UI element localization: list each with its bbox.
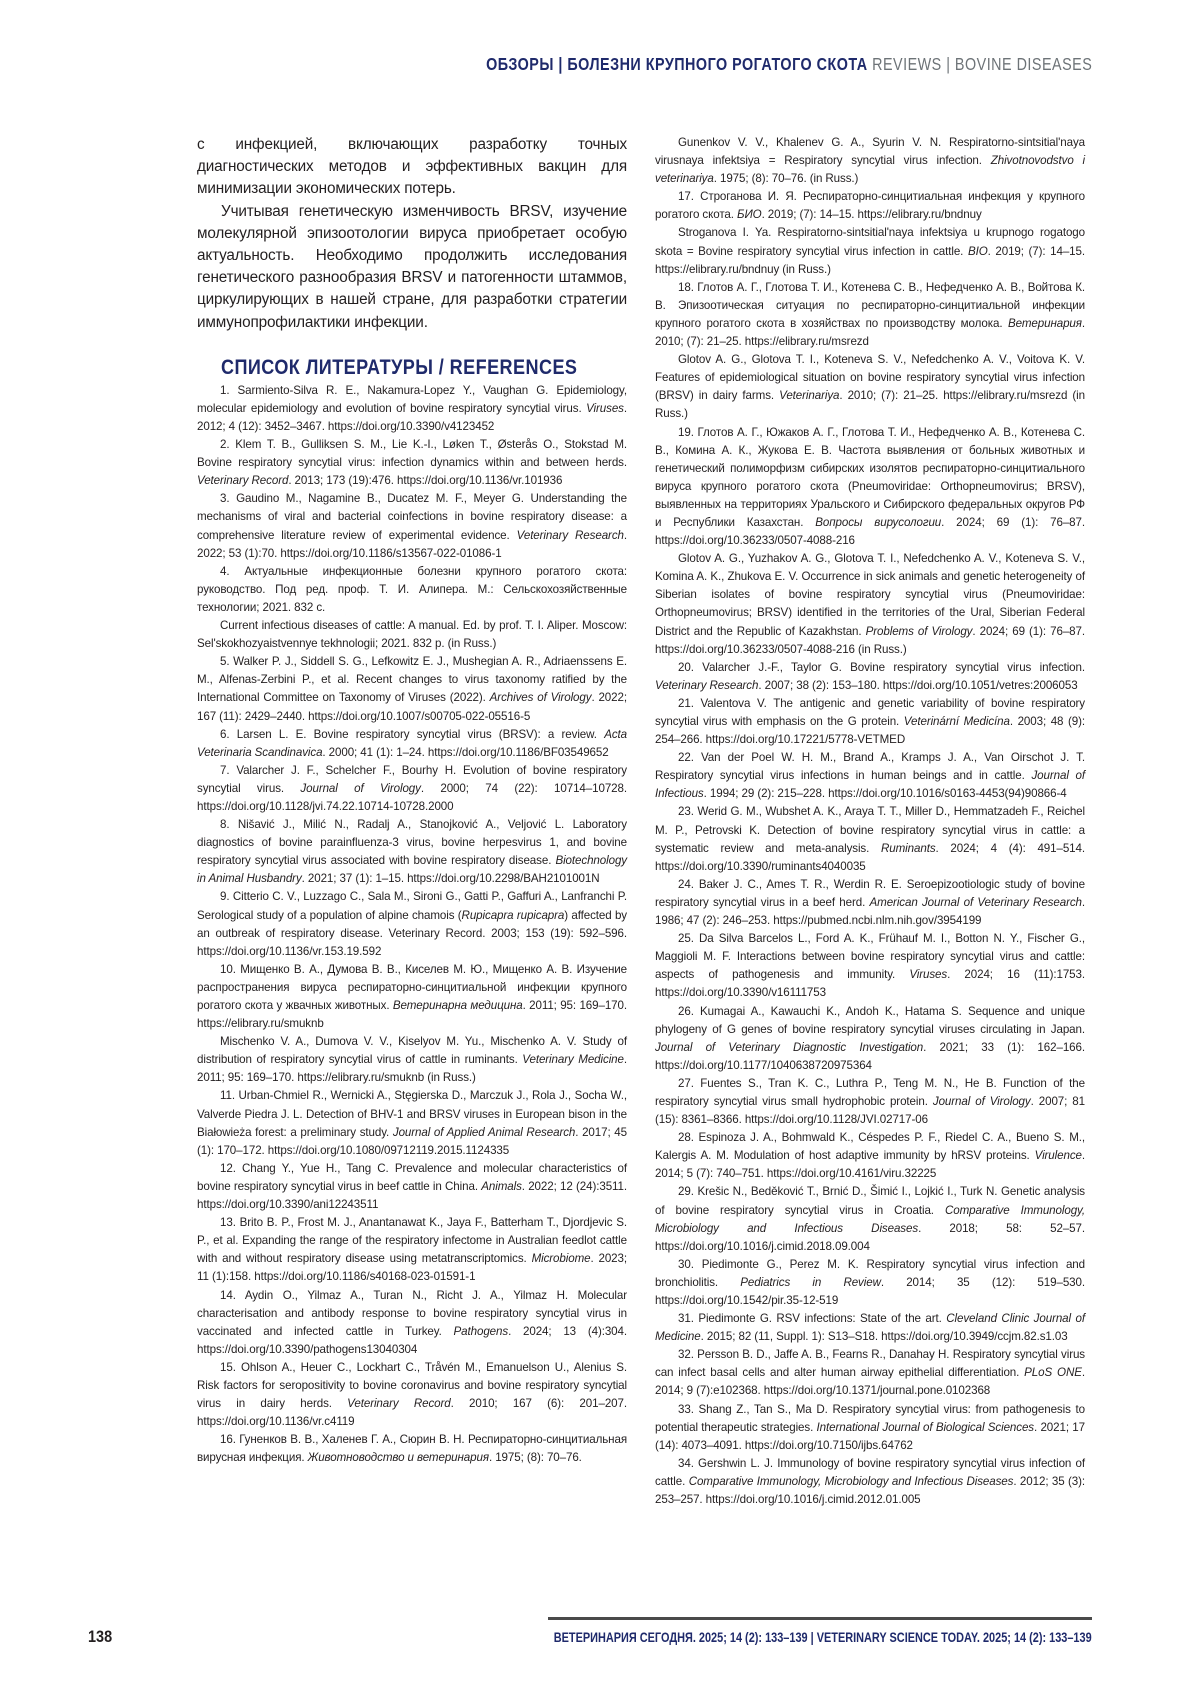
reference-item: 30. Piedimonte G., Perez M. K. Respirato… bbox=[655, 1256, 1085, 1310]
right-column: Gunenkov V. V., Khalenev G. A., Syurin V… bbox=[655, 134, 1085, 1509]
reference-item: 11. Urban-Chmiel R., Wernicki A., Stęgie… bbox=[197, 1087, 627, 1159]
reference-item: 3. Gaudino M., Nagamine B., Ducatez M. F… bbox=[197, 490, 627, 562]
reference-item: 23. Werid G. M., Wubshet A. K., Araya T.… bbox=[655, 803, 1085, 875]
reference-item: 29. Krešic N., Beděković T., Brnić D., Š… bbox=[655, 1183, 1085, 1255]
running-head-section-ru: ОБЗОРЫ | БОЛЕЗНИ КРУПНОГО РОГАТОГО СКОТА bbox=[486, 54, 868, 74]
reference-item: 20. Valarcher J.-F., Taylor G. Bovine re… bbox=[655, 659, 1085, 695]
reference-item: 9. Citterio C. V., Luzzago C., Sala M., … bbox=[197, 888, 627, 960]
reference-item: 34. Gershwin L. J. Immunology of bovine … bbox=[655, 1455, 1085, 1509]
left-column: с инфекцией, включающих разработку точны… bbox=[197, 134, 627, 1467]
footer-divider bbox=[548, 1617, 1092, 1620]
page-number: 138 bbox=[88, 1627, 112, 1647]
running-head: ОБЗОРЫ | БОЛЕЗНИ КРУПНОГО РОГАТОГО СКОТА… bbox=[486, 54, 1092, 75]
reference-item: 31. Piedimonte G. RSV infections: State … bbox=[655, 1310, 1085, 1346]
reference-item: 18. Глотов А. Г., Глотова Т. И., Котенев… bbox=[655, 279, 1085, 351]
running-head-section-en: REVIEWS | BOVINE DISEASES bbox=[872, 54, 1092, 74]
reference-item: 17. Строганова И. Я. Респираторно-синцит… bbox=[655, 188, 1085, 224]
reference-item: 2. Klem T. B., Gulliksen S. M., Lie K.-I… bbox=[197, 436, 627, 490]
reference-item: 33. Shang Z., Tan S., Ma D. Respiratory … bbox=[655, 1401, 1085, 1455]
reference-item: 8. Nišavić J., Milić N., Radalj A., Stan… bbox=[197, 816, 627, 888]
reference-item: 14. Aydin O., Yilmaz A., Turan N., Richt… bbox=[197, 1287, 627, 1359]
reference-item: 24. Baker J. C., Ames T. R., Werdin R. E… bbox=[655, 876, 1085, 930]
reference-item: 16. Гуненков В. В., Халенев Г. А., Сюрин… bbox=[197, 1431, 627, 1467]
reference-item: 10. Мищенко В. А., Думова В. В., Киселев… bbox=[197, 961, 627, 1033]
reference-item: 32. Persson B. D., Jaffe A. B., Fearns R… bbox=[655, 1346, 1085, 1400]
reference-item: 19. Глотов А. Г., Южаков А. Г., Глотова … bbox=[655, 424, 1085, 551]
reference-item: 1. Sarmiento-Silva R. E., Nakamura-Lopez… bbox=[197, 382, 627, 436]
reference-item-translation: Gunenkov V. V., Khalenev G. A., Syurin V… bbox=[655, 134, 1085, 188]
reference-item: 4. Актуальные инфекционные болезни крупн… bbox=[197, 563, 627, 617]
reference-item-translation: Mischenko V. A., Dumova V. V., Kiselyov … bbox=[197, 1033, 627, 1087]
reference-list-right: Gunenkov V. V., Khalenev G. A., Syurin V… bbox=[655, 134, 1085, 1509]
body-paragraph: с инфекцией, включающих разработку точны… bbox=[197, 134, 627, 201]
reference-item: 6. Larsen L. E. Bovine respiratory syncy… bbox=[197, 726, 627, 762]
reference-list-left: 1. Sarmiento-Silva R. E., Nakamura-Lopez… bbox=[197, 382, 627, 1468]
reference-item: 28. Espinoza J. A., Bohmwald K., Céspede… bbox=[655, 1129, 1085, 1183]
reference-item-translation: Stroganova I. Ya. Respiratorno-sintsitia… bbox=[655, 224, 1085, 278]
reference-item: 27. Fuentes S., Tran K. C., Luthra P., T… bbox=[655, 1075, 1085, 1129]
reference-item-translation: Glotov A. G., Yuzhakov A. G., Glotova T.… bbox=[655, 550, 1085, 659]
reference-item-translation: Current infectious diseases of cattle: A… bbox=[197, 617, 627, 653]
reference-item: 25. Da Silva Barcelos L., Ford A. K., Fr… bbox=[655, 930, 1085, 1002]
reference-item: 22. Van der Poel W. H. M., Brand A., Kra… bbox=[655, 749, 1085, 803]
reference-item: 21. Valentova V. The antigenic and genet… bbox=[655, 695, 1085, 749]
reference-item: 7. Valarcher J. F., Schelcher F., Bourhy… bbox=[197, 762, 627, 816]
body-paragraph: Учитывая генетическую изменчивость BRSV,… bbox=[197, 201, 627, 334]
references-heading: СПИСОК ЛИТЕРАТУРЫ / REFERENCES bbox=[221, 356, 570, 380]
reference-item: 26. Kumagai A., Kawauchi K., Andoh K., H… bbox=[655, 1003, 1085, 1075]
reference-item: 5. Walker P. J., Siddell S. G., Lefkowit… bbox=[197, 653, 627, 725]
reference-item: 12. Chang Y., Yue H., Tang C. Prevalence… bbox=[197, 1160, 627, 1214]
reference-item: 13. Brito B. P., Frost M. J., Anantanawa… bbox=[197, 1214, 627, 1286]
reference-item-translation: Glotov A. G., Glotova T. I., Koteneva S.… bbox=[655, 351, 1085, 423]
reference-item: 15. Ohlson A., Heuer C., Lockhart C., Tr… bbox=[197, 1359, 627, 1431]
footer-journal-citation: ВЕТЕРИНАРИЯ СЕГОДНЯ. 2025; 14 (2): 133–1… bbox=[554, 1629, 1092, 1645]
